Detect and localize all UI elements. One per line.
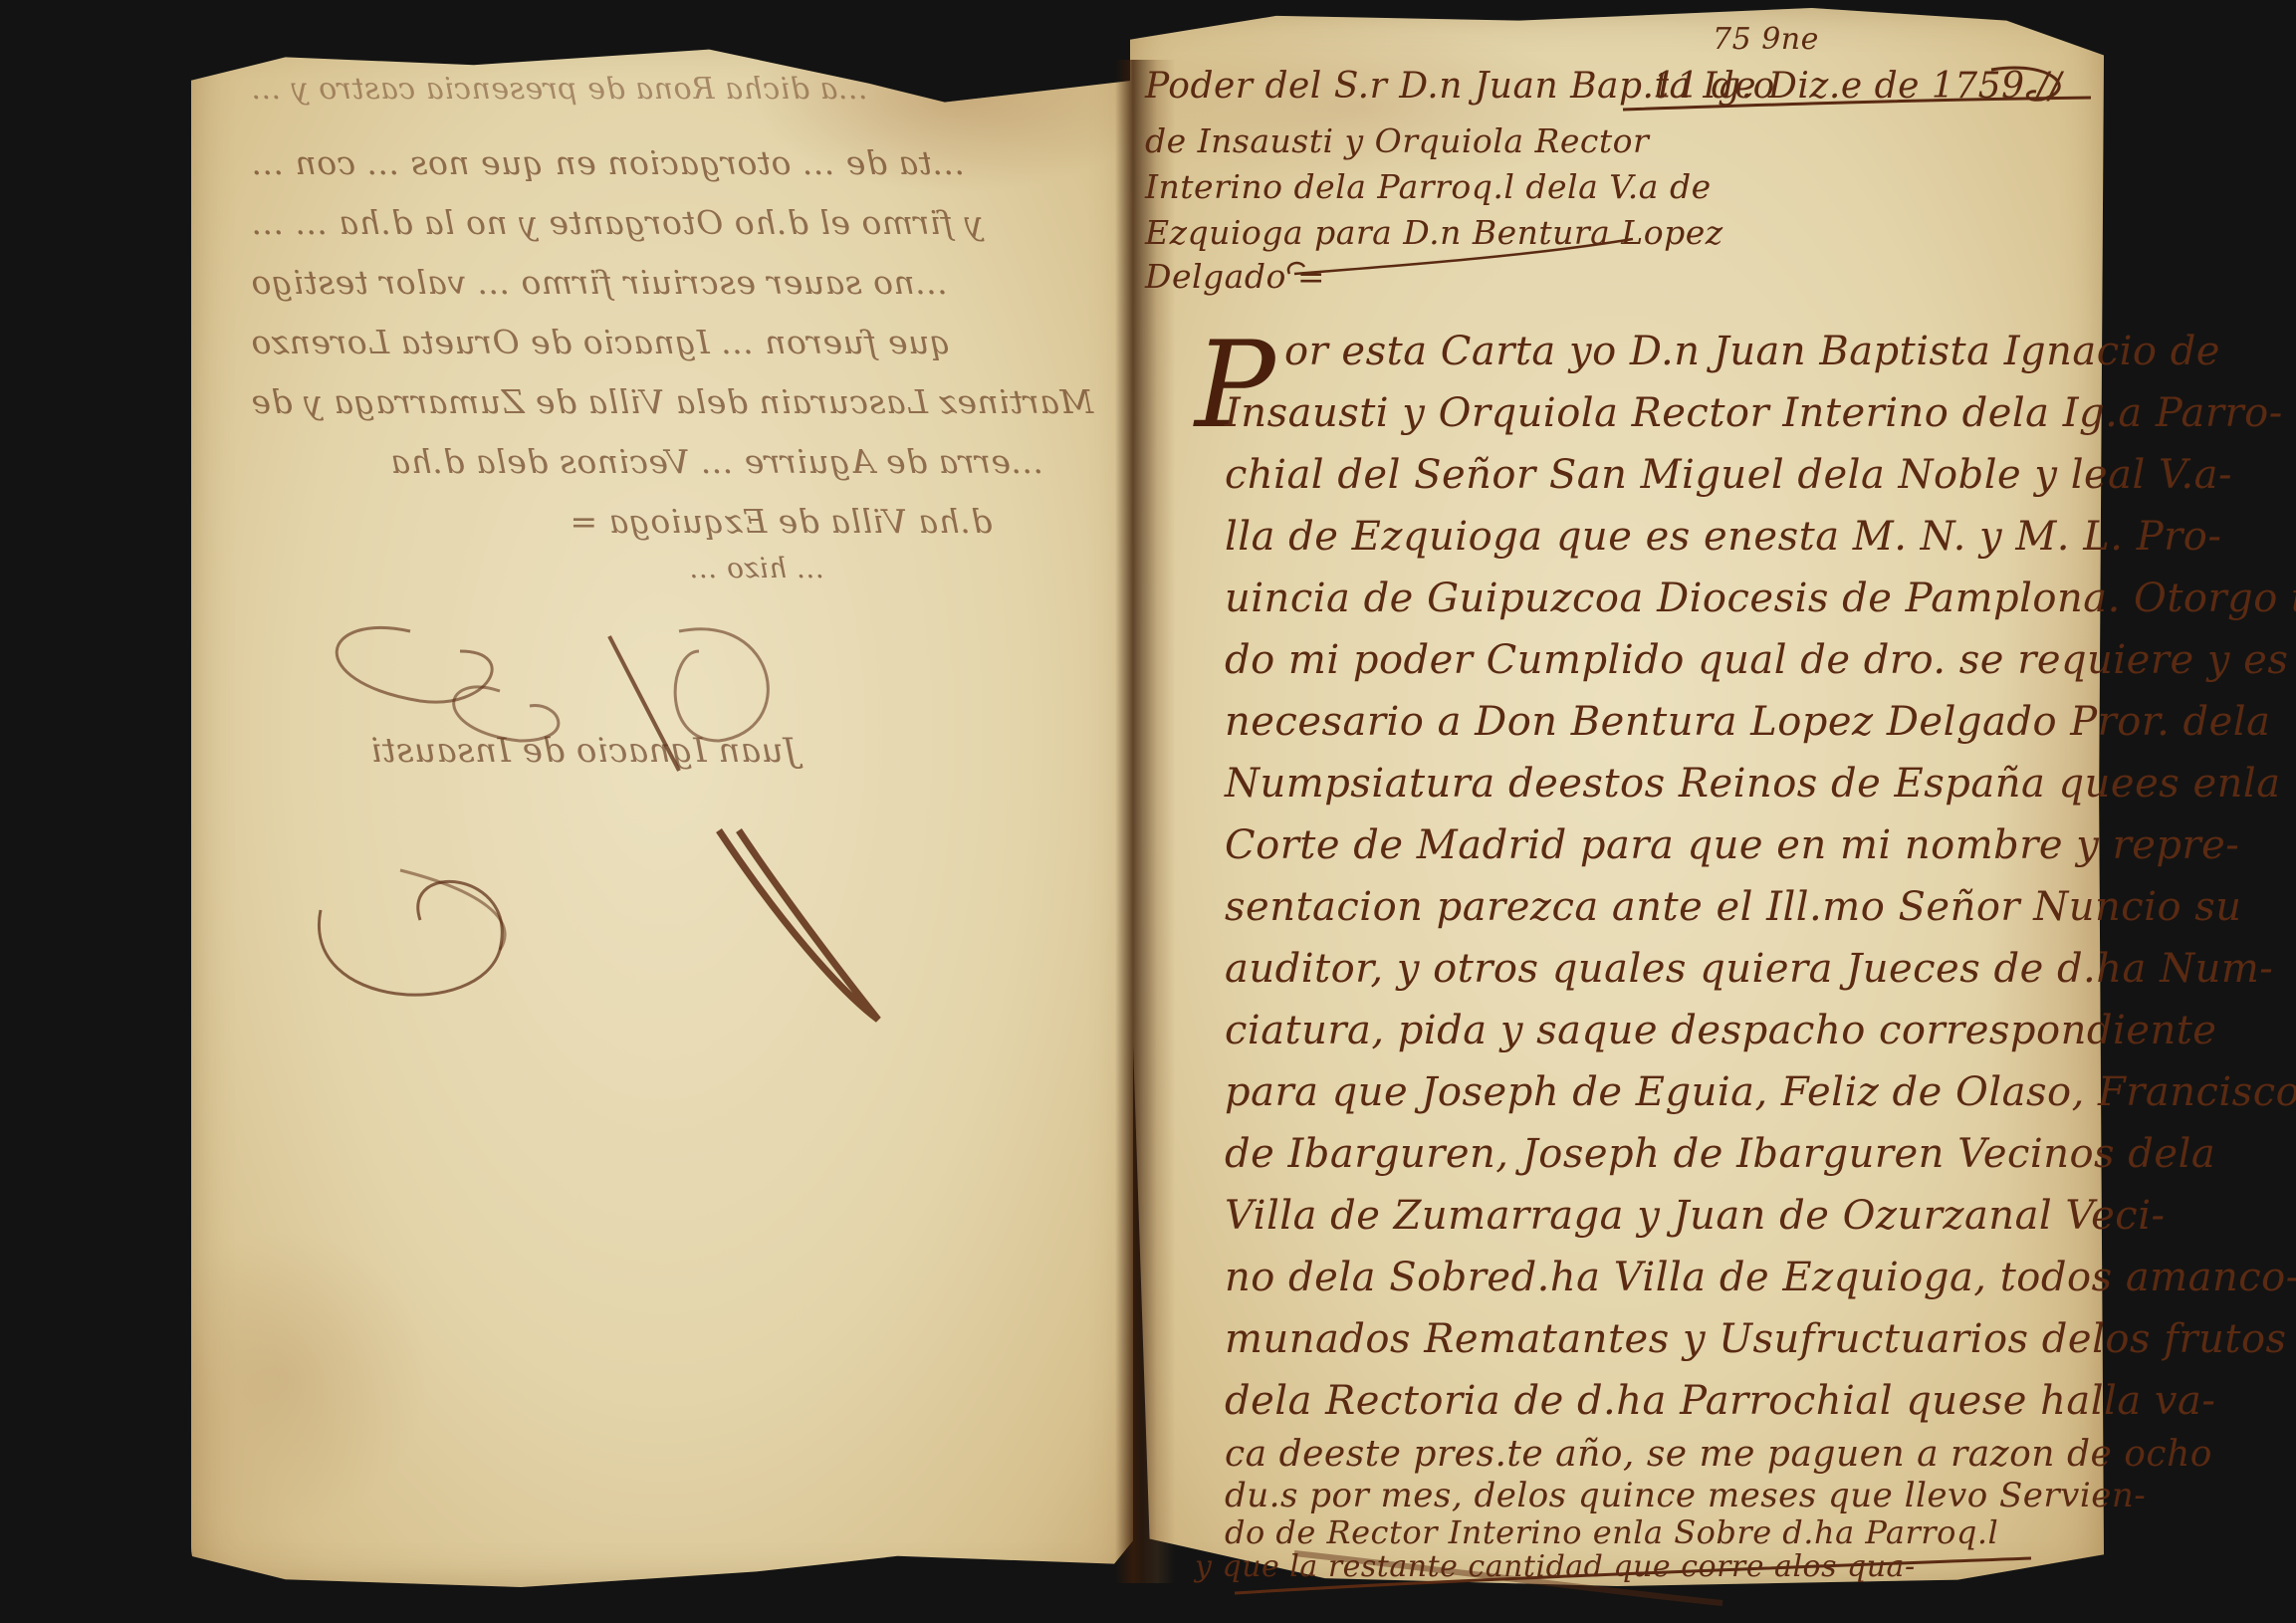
- body-line: du.s por mes, delos quince meses que lle…: [1225, 1476, 2146, 1515]
- body-line: Villa de Zumarraga y Juan de Ozurzanal V…: [1225, 1193, 2166, 1239]
- body-line: do mi poder Cumplido qual de dro. se req…: [1225, 637, 2288, 683]
- body-line: or esta Carta yo D.n Juan Baptista Ignac…: [1284, 329, 2220, 374]
- body-line: necesario a Don Bentura Lopez Delgado Pr…: [1225, 699, 2270, 745]
- mirrored-line: ...ta de ... otorgacion en que nos ... c…: [251, 143, 965, 182]
- body-line: no dela Sobred.ha Villa de Ezquioga, tod…: [1225, 1255, 2296, 1300]
- body-line: Corte de Madrid para que en mi nombre y …: [1225, 822, 2239, 868]
- mirrored-line: d.ha Villa de Ezquioga =: [570, 502, 992, 541]
- body-line: ca deeste pres.te año, se me paguen a ra…: [1225, 1434, 2212, 1475]
- body-line: lla de Ezquioga que es enesta M. N. y M.…: [1225, 514, 2221, 560]
- body-line: uincia de Guipuzcoa Diocesis de Pamplona…: [1225, 576, 2296, 621]
- mirrored-line: ... hizo ...: [689, 552, 824, 584]
- body-line: munados Rematantes y Usufructuarios delo…: [1225, 1316, 2287, 1362]
- mirrored-line: Martinez Lascurain dela Villa de Zumarra…: [251, 382, 1093, 421]
- edge-stain: [191, 1229, 430, 1527]
- mirrored-line: ...a dicha Rona de presencia castro y ..…: [251, 72, 868, 107]
- mirrored-signature-text: Juan Ignacio de Insausti: [370, 731, 798, 771]
- body-line: Insausti y Orquiola Rector Interino dela…: [1225, 390, 2283, 436]
- body-line: ciatura, pida y saque despacho correspon…: [1225, 1008, 2216, 1053]
- body-line: chial del Señor San Miguel dela Noble y …: [1225, 452, 2232, 498]
- body-line: Numpsiatura deestos Reinos de España que…: [1225, 761, 2281, 807]
- mirrored-line: ...erra de Aguirre ... Vecinos dela d.ha: [390, 442, 1043, 481]
- margin-note-folio: 75 9ne: [1713, 22, 1819, 57]
- mirrored-line: ...no sauer escriuir firmo ... valor tes…: [251, 263, 948, 302]
- body-line: de Ibarguren, Joseph de Ibarguren Vecino…: [1225, 1131, 2215, 1177]
- left-page: ...a dicha Rona de presencia castro y ..…: [191, 34, 1133, 1587]
- body-line: dela Rectoria de d.ha Parrochial quese h…: [1225, 1378, 2215, 1424]
- body-line: sentacion parezca ante el Ill.mo Señor N…: [1225, 884, 2242, 930]
- closing-rule: [1175, 1533, 2091, 1613]
- body-line: auditor, y otros quales quiera Jueces de…: [1225, 946, 2273, 992]
- mirrored-line: y firmo el d.ho Otorgante y no la d.ha .…: [251, 203, 983, 242]
- header-rules: [1125, 90, 2121, 309]
- body-line: para que Joseph de Eguia, Feliz de Olaso…: [1225, 1069, 2296, 1115]
- mirrored-signature-flourish: [281, 591, 978, 1049]
- mirrored-line: que fueron ... Ignacio de Orueta Lorenzo: [251, 323, 951, 361]
